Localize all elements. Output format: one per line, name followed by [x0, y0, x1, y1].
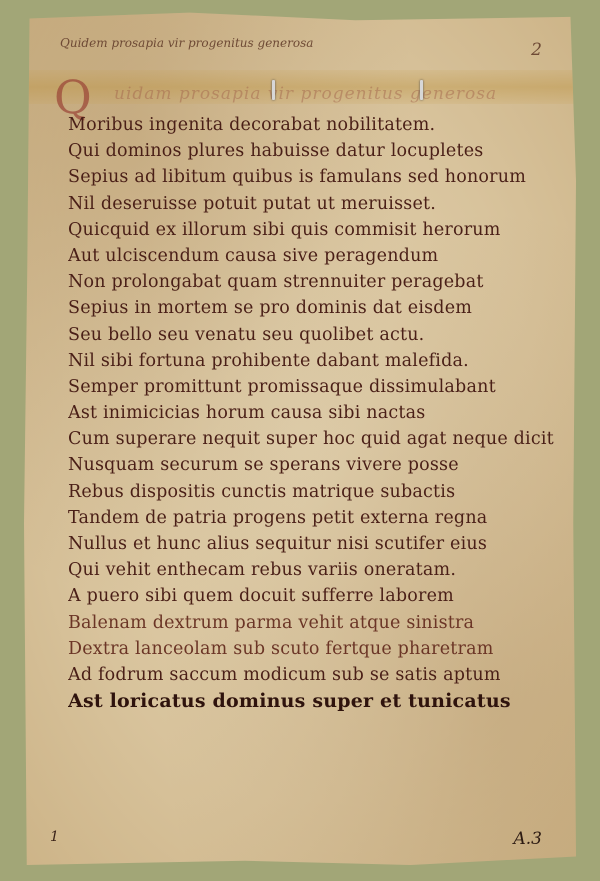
stitch-mark [272, 80, 275, 100]
text-line: Sepius in mortem se pro dominis dat eisd… [68, 295, 588, 321]
header-annotation: Quidem prosapia vir progenitus generosa [60, 36, 313, 50]
text-line: Qui vehit enthecam rebus variis oneratam… [68, 557, 588, 583]
text-line: Cum superare nequit super hoc quid agat … [68, 426, 588, 452]
text-line: Quicquid ex illorum sibi quis commisit h… [68, 217, 588, 243]
folio-number: 2 [531, 40, 542, 60]
text-line: Ad fodrum saccum modicum sub se satis ap… [68, 662, 588, 688]
text-line: Nusquam securum se sperans vivere posse [68, 452, 588, 478]
text-line: Rebus dispositis cunctis matrique subact… [68, 479, 588, 505]
text-line: Semper promittunt promissaque dissimulab… [68, 374, 588, 400]
text-line: Qui dominos plures habuisse datur locupl… [68, 138, 588, 164]
stitch-mark [420, 80, 423, 100]
text-block: Moribus ingenita decorabat nobilitatem. … [68, 112, 588, 714]
text-line: A puero sibi quem docuit sufferre labore… [68, 583, 588, 609]
text-line: Non prolongabat quam strennuiter perageb… [68, 269, 588, 295]
text-line: Seu bello seu venatu seu quolibet actu. [68, 322, 588, 348]
text-line: Balenam dextrum parma vehit atque sinist… [68, 610, 588, 636]
text-line: Moribus ingenita decorabat nobilitatem. [68, 112, 588, 138]
bottom-left-number: 1 [50, 829, 59, 845]
text-line: Nil sibi fortuna prohibente dabant malef… [68, 348, 588, 374]
shelfmark: A.3 [514, 829, 543, 849]
text-line: Ast inimicicias horum causa sibi nactas [68, 400, 588, 426]
manuscript-page: Quidem prosapia vir progenitus generosa … [24, 10, 576, 865]
text-line: Tandem de patria progens petit externa r… [68, 505, 588, 531]
text-line: Nullus et hunc alius sequitur nisi scuti… [68, 531, 588, 557]
text-line: Sepius ad libitum quibus is famulans sed… [68, 164, 588, 190]
text-line: Aut ulciscendum causa sive peragendum [68, 243, 588, 269]
text-line: Dextra lanceolam sub scuto fertque phare… [68, 636, 588, 662]
faded-first-line: uidam prosapia vir progenitus generosa [114, 84, 497, 104]
text-line: Ast loricatus dominus super et tunicatus [68, 688, 588, 714]
text-line: Nil deseruisse potuit putat ut meruisset… [68, 191, 588, 217]
